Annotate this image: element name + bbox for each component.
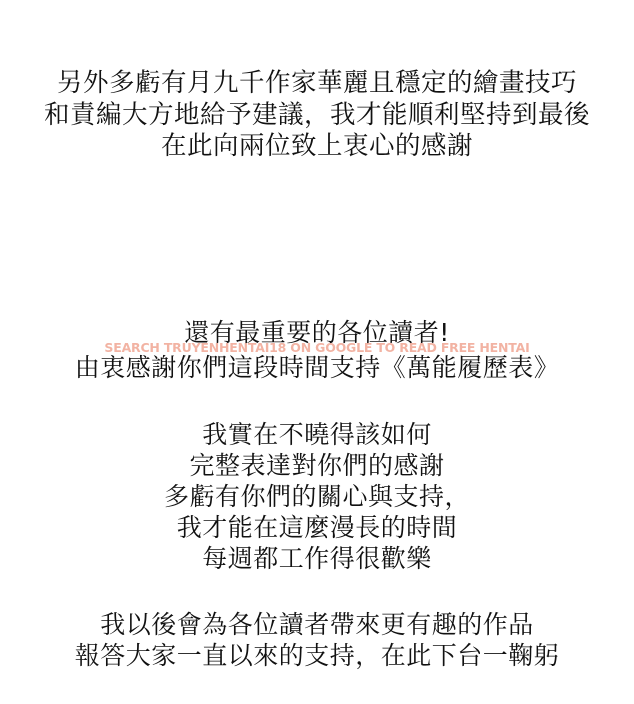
text-line: 多虧有你們的關心與支持， xyxy=(0,481,634,512)
gratitude-paragraph: 我實在不曉得該如何 完整表達對你們的感謝 多虧有你們的關心與支持， 我才能在這麼… xyxy=(0,419,634,574)
text-line: 和責編大方地給予建議，我才能順利堅持到最後 xyxy=(0,100,634,132)
text-line: 我實在不曉得該如何 xyxy=(0,419,634,450)
text-line: 我才能在這麼漫長的時間 xyxy=(0,512,634,543)
text-line: 在此向兩位致上衷心的感謝 xyxy=(0,131,634,163)
text-line: 我以後會為各位讀者帶來更有趣的作品 xyxy=(0,609,634,640)
text-line: 報答大家一直以來的支持，在此下台一鞠躬 xyxy=(0,640,634,671)
text-line: 完整表達對你們的感謝 xyxy=(0,450,634,481)
text-line: 每週都工作得很歡樂 xyxy=(0,543,634,574)
text-line: 還有最重要的各位讀者! xyxy=(0,317,634,348)
thanks-readers-paragraph: 還有最重要的各位讀者! 由衷感謝你們這段時間支持《萬能履歷表》 xyxy=(0,317,634,383)
thanks-artist-editor-paragraph: 另外多虧有月九千作家華麗且穩定的繪畫技巧 和責編大方地給予建議，我才能順利堅持到… xyxy=(0,68,634,163)
text-line: 另外多虧有月九千作家華麗且穩定的繪畫技巧 xyxy=(0,68,634,100)
text-line: 由衷感謝你們這段時間支持《萬能履歷表》 xyxy=(0,352,634,383)
farewell-paragraph: 我以後會為各位讀者帶來更有趣的作品 報答大家一直以來的支持，在此下台一鞠躬 xyxy=(0,609,634,671)
